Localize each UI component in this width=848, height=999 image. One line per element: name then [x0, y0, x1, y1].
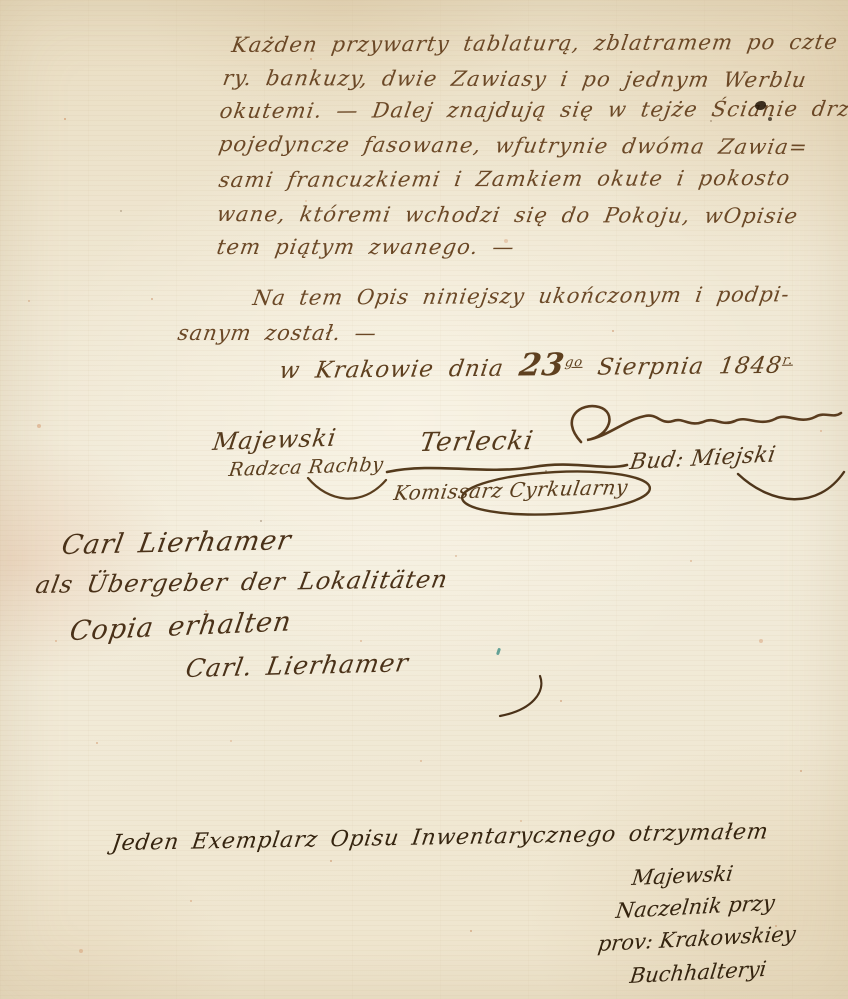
- paper-fiber-speck: [496, 648, 501, 656]
- signature-descender-flourish: [480, 672, 550, 720]
- body-text-line: sami francuzkiemi i Zamkiem okute i poko…: [217, 166, 792, 192]
- date-day-suffix: go: [564, 355, 584, 370]
- signature-swash: [732, 466, 848, 514]
- ink-blot: [768, 117, 772, 121]
- receipt-statement: Jeden Exemplarz Opisu Inwentarycznego ot…: [110, 820, 770, 857]
- copy-received-label: Copia erhalten: [68, 606, 294, 647]
- paper-speckles: [0, 0, 2, 2]
- body-text-line: Każden przywarty tablaturą, zblatramem p…: [230, 30, 840, 57]
- date-month-year: Sierpnia 1848: [580, 353, 783, 381]
- closing-line: sanym został. —: [176, 321, 379, 345]
- closing-line: Na tem Opis niniejszy ukończonym i podpi…: [251, 282, 791, 310]
- body-text-line: pojedyncze fasowane, wfutrynie dwóma Zaw…: [217, 132, 810, 159]
- date-day: 23: [517, 347, 567, 384]
- date-year-suffix: r.: [782, 353, 795, 368]
- receipt-signature-title: prov: Krakowskiey: [597, 922, 798, 957]
- signature-name-terlecki: Terlecki: [418, 426, 536, 458]
- date-line: w Krakowie dnia 23go Sierpnia 1848r.: [277, 345, 796, 386]
- date-prefix: w Krakowie dnia: [278, 355, 521, 384]
- signature-oval-flourish: [457, 463, 655, 523]
- receipt-signature-title: Buchhalteryi: [629, 957, 768, 988]
- receipt-signature-title: Naczelnik przy: [615, 891, 777, 924]
- ink-blot: [755, 101, 766, 110]
- body-text-line: okutemi. — Dalej znajdują się w tejże Śc…: [218, 97, 848, 123]
- handover-name: Carl Lierhamer: [59, 525, 294, 561]
- signature-flourish: [300, 472, 400, 514]
- signature-name-majewski: Majewski: [211, 424, 338, 456]
- receipt-signature-name: Majewski: [630, 862, 734, 891]
- body-text-line: tem piątym zwanego. —: [215, 235, 517, 259]
- body-text-line: wane, któremi wchodzi się do Pokoju, wOp…: [215, 202, 800, 228]
- signature-title-majewski: Radzca Rachby: [227, 454, 385, 482]
- signature-title-right: Bud: Miejski: [628, 442, 778, 475]
- manuscript-scan: Każden przywarty tablaturą, zblatramem p…: [0, 0, 848, 999]
- handover-role: als Übergeber der Lokalitäten: [33, 565, 450, 599]
- body-text-line: ry. bankuzy, dwie Zawiasy i po jednym We…: [221, 66, 809, 92]
- copy-received-signature: Carl. Lierhamer: [184, 648, 411, 683]
